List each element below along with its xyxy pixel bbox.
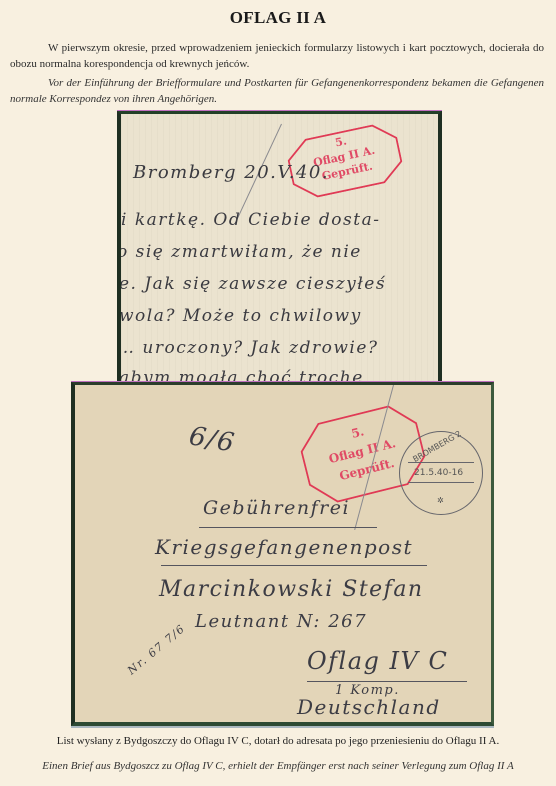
intro-german: Vor der Einführung der Briefformulare un… bbox=[10, 75, 544, 107]
postmark-date: 21.5.40-16 bbox=[414, 468, 463, 478]
address-line: Deutschland bbox=[297, 695, 441, 719]
underline bbox=[307, 681, 467, 682]
address-line: Kriegsgefangenenpost bbox=[155, 535, 413, 559]
envelope-image: 6/6 5. Oflag II A. Geprüft. BROMBERG 2 2… bbox=[71, 382, 494, 726]
underline bbox=[161, 565, 427, 566]
envelope-side-note: Nr. 67 7/6 bbox=[125, 622, 188, 678]
address-line: Oflag IV C bbox=[307, 647, 448, 675]
underline bbox=[199, 527, 377, 528]
caption-german: Einen Brief aus Bydgoszcz zu Oflag IV C,… bbox=[0, 760, 556, 772]
letter-censor-stamp: 5. Oflag II A. Geprüft. bbox=[284, 120, 406, 202]
letter-line: i kartkę. Od Ciebie dosta- bbox=[121, 210, 380, 230]
caption-polish: List wysłany z Bydgoszczy do Oflagu IV C… bbox=[0, 735, 556, 747]
postmark-star-icon: ✲ bbox=[437, 496, 444, 505]
letter-line: o się zmartwiłam, że nie bbox=[117, 242, 362, 262]
envelope-corner-note: 6/6 bbox=[187, 421, 238, 459]
letter-line: … uroczony? Jak zdrowie? bbox=[117, 338, 379, 358]
page-title: OFLAG II A bbox=[0, 8, 556, 28]
intro-polish: W pierwszym okresie, przed wprowadzeniem… bbox=[10, 40, 544, 72]
letter-line: wola? Może to chwilowy bbox=[119, 306, 362, 326]
postmark: BROMBERG 2 21.5.40-16 ✲ bbox=[399, 431, 483, 515]
address-line: Marcinkowski Stefan bbox=[159, 577, 424, 602]
postmark-bar bbox=[408, 462, 474, 463]
address-line: Leutnant N: 267 bbox=[195, 611, 367, 632]
letter-place-date: Bromberg 20.V.40. bbox=[133, 162, 329, 183]
postmark-bar bbox=[408, 482, 474, 483]
address-line: Gebührenfrei bbox=[203, 497, 350, 519]
letter-image: 5. Oflag II A. Geprüft. Bromberg 20.V.40… bbox=[117, 111, 442, 390]
letter-line: e. Jak się zawsze cieszyłeś bbox=[119, 274, 386, 294]
